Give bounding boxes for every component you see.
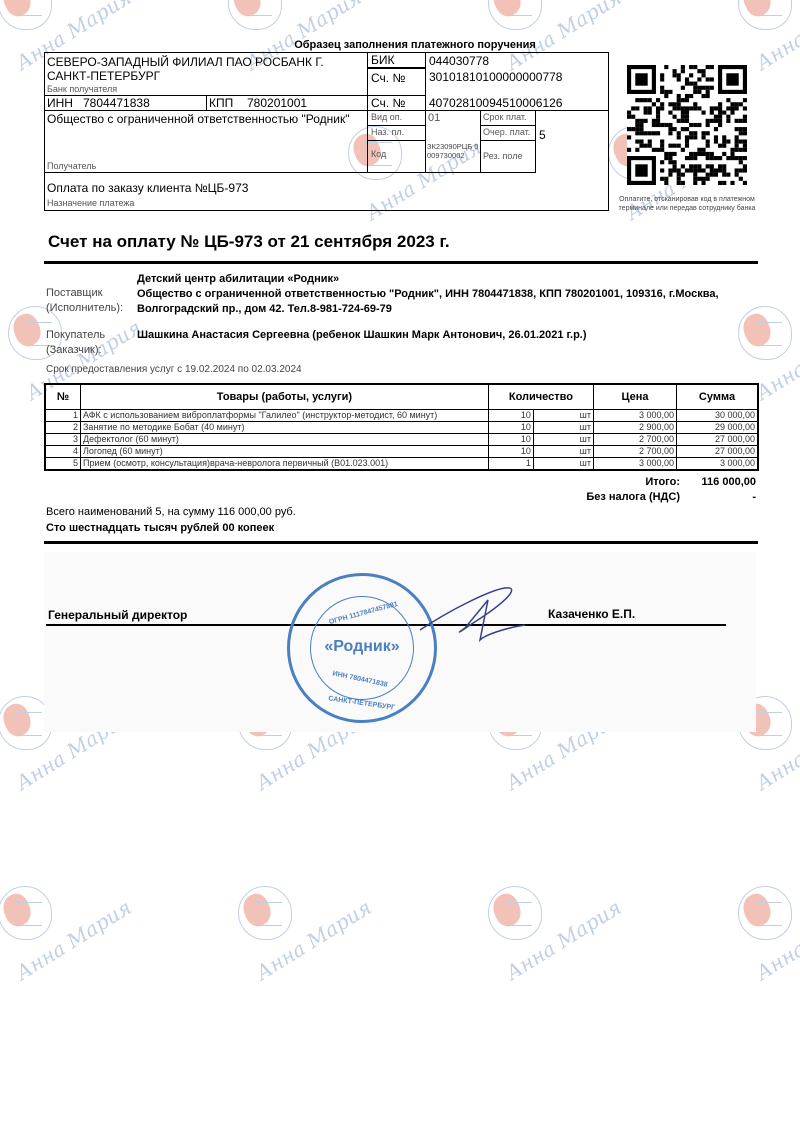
kpp-value: 780201001: [247, 96, 307, 110]
signer-name: Казаченко Е.П.: [548, 607, 635, 621]
payment-form-title: Образец заполнения платежного поручения: [0, 39, 800, 51]
signer-position: Генеральный директор: [48, 608, 187, 622]
buyer-label-line2: (Заказчик):: [46, 343, 105, 358]
row-unit: шт: [533, 446, 593, 458]
row-qty: 10: [488, 434, 533, 446]
row-number: 4: [45, 446, 81, 458]
qr-caption: Оплатите, отсканировав код в платежном т…: [612, 195, 762, 213]
rez-label: Рез. поле: [481, 141, 536, 173]
supplier-value: Детский центр абилитации «Родник» Общест…: [137, 272, 719, 317]
service-period: Срок предоставления услуг с 19.02.2024 п…: [46, 364, 302, 375]
table-row: 3Дефектолог (60 минут)10шт2 700,0027 000…: [45, 434, 758, 446]
supplier-line3: Волгоградский пр., дом 42. Тел.8-981-724…: [137, 302, 719, 317]
vid-op-label: Вид оп.: [368, 111, 426, 126]
kod-label: Код: [368, 141, 426, 173]
kpp-label: КПП: [209, 96, 233, 110]
items-table: № Товары (работы, услуги) Количество Цен…: [44, 383, 759, 471]
row-sum: 27 000,00: [677, 446, 759, 458]
row-sum: 29 000,00: [677, 422, 759, 434]
row-sum: 27 000,00: [677, 434, 759, 446]
row-qty: 10: [488, 422, 533, 434]
row-number: 1: [45, 410, 81, 422]
kpp-cell: КПП 780201001: [207, 96, 368, 111]
row-name: АФК с использованием виброплатформы "Гал…: [81, 410, 489, 422]
vat-label: Без налога (НДС): [540, 491, 680, 503]
ocher-value: 5: [539, 128, 546, 142]
supplier-label: Поставщик (Исполнитель):: [46, 286, 123, 316]
bank-name-line1: СЕВЕРО-ЗАПАДНЫЙ ФИЛИАЛ ПАО РОСБАНК Г.: [47, 55, 324, 69]
row-sum: 30 000,00: [677, 410, 759, 422]
supplier-line1: Детский центр абилитации «Родник»: [137, 272, 719, 287]
row-name: Логопед (60 минут): [81, 446, 489, 458]
bik-label: БИК: [368, 53, 426, 68]
divider: [44, 261, 758, 264]
summary-line2: Сто шестнадцать тысяч рублей 00 копеек: [46, 522, 274, 534]
bank-name-line2: САНКТ-ПЕТЕРБУРГ: [47, 69, 160, 83]
row-number: 2: [45, 422, 81, 434]
recipient-cell: Общество с ограниченной ответственностью…: [45, 111, 368, 173]
inn-label: ИНН: [47, 96, 73, 110]
summary-line1: Всего наименований 5, на сумму 116 000,0…: [46, 506, 296, 518]
srok-label: Срок плат.: [481, 111, 536, 126]
row-number: 5: [45, 458, 81, 471]
supplier-line2: Общество с ограниченной ответственностью…: [137, 287, 719, 302]
row-price: 3 000,00: [594, 410, 677, 422]
col-price: Цена: [594, 384, 677, 410]
inn-value: 7804471838: [83, 96, 150, 110]
account-label: Сч. №: [368, 96, 426, 111]
watermark-logo: Анна Мария: [480, 880, 590, 990]
row-number: 3: [45, 434, 81, 446]
vat-value: -: [680, 491, 756, 503]
row-name: Прием (осмотр, консультация)врача-неврол…: [81, 458, 489, 471]
row-price: 2 900,00: [594, 422, 677, 434]
buyer-label: Покупатель (Заказчик):: [46, 328, 105, 358]
row-unit: шт: [533, 434, 593, 446]
table-row: 2Занятие по методике Бобат (40 минут)10ш…: [45, 422, 758, 434]
row-unit: шт: [533, 410, 593, 422]
buyer-label-line1: Покупатель: [46, 328, 105, 343]
qr-code: [627, 65, 747, 185]
divider: [44, 541, 758, 544]
naz-pl-label: Наз. пл.: [368, 126, 426, 141]
watermark-logo: Анна Мария: [230, 880, 340, 990]
table-row: 1АФК с использованием виброплатформы "Га…: [45, 410, 758, 422]
recipient-label: Получатель: [47, 161, 96, 171]
inn-cell: ИНН 7804471838: [45, 96, 207, 111]
bik-value: 044030778: [429, 54, 489, 68]
buyer-value: Шашкина Анастасия Сергеевна (ребенок Шаш…: [137, 328, 587, 343]
supplier-label-line2: (Исполнитель):: [46, 301, 123, 316]
signature-scribble: [410, 580, 540, 650]
row-unit: шт: [533, 422, 593, 434]
corr-account-value: 30101810100000000778: [429, 70, 562, 84]
table-header-row: № Товары (работы, услуги) Количество Цен…: [45, 384, 758, 410]
table-row: 5Прием (осмотр, консультация)врача-невро…: [45, 458, 758, 471]
row-price: 2 700,00: [594, 434, 677, 446]
vid-op-value-cell: 01 ЗК23090РЦБ 0009730002: [426, 111, 481, 173]
col-quantity: Количество: [488, 384, 593, 410]
invoice-title: Счет на оплату № ЦБ-973 от 21 сентября 2…: [48, 232, 450, 252]
supplier-label-line1: Поставщик: [46, 286, 123, 301]
recipient-name: Общество с ограниченной ответственностью…: [47, 112, 350, 126]
row-qty: 10: [488, 410, 533, 422]
table-row: 4Логопед (60 минут)10шт2 700,0027 000,00: [45, 446, 758, 458]
row-price: 2 700,00: [594, 446, 677, 458]
watermark-logo: Анна Мария: [730, 880, 800, 990]
row-name: Дефектолог (60 минут): [81, 434, 489, 446]
watermark-logo: Анна Мария: [0, 880, 100, 990]
row-unit: шт: [533, 458, 593, 471]
row-qty: 1: [488, 458, 533, 471]
bank-cell: СЕВЕРО-ЗАПАДНЫЙ ФИЛИАЛ ПАО РОСБАНК Г. СА…: [45, 53, 368, 96]
row-qty: 10: [488, 446, 533, 458]
row-sum: 3 000,00: [677, 458, 759, 471]
col-sum: Сумма: [677, 384, 759, 410]
total-label: Итого:: [540, 476, 680, 488]
vid-op-value: 01: [428, 112, 440, 125]
kod-value: ЗК23090РЦБ 0009730002: [427, 142, 479, 160]
row-price: 3 000,00: [594, 458, 677, 471]
corr-account-label: Сч. №: [368, 68, 426, 96]
account-value: 40702810094510006126: [426, 96, 608, 111]
bank-label: Банк получателя: [47, 84, 117, 94]
col-number: №: [45, 384, 81, 410]
purpose-text: Оплата по заказу клиента №ЦБ-973: [47, 181, 248, 195]
col-items: Товары (работы, услуги): [81, 384, 489, 410]
row-name: Занятие по методике Бобат (40 минут): [81, 422, 489, 434]
total-value: 116 000,00: [680, 476, 756, 488]
ocher-label: Очер. плат.: [481, 126, 536, 141]
purpose-label: Назначение платежа: [47, 198, 134, 208]
payment-order-form: СЕВЕРО-ЗАПАДНЫЙ ФИЛИАЛ ПАО РОСБАНК Г. СА…: [44, 52, 609, 211]
